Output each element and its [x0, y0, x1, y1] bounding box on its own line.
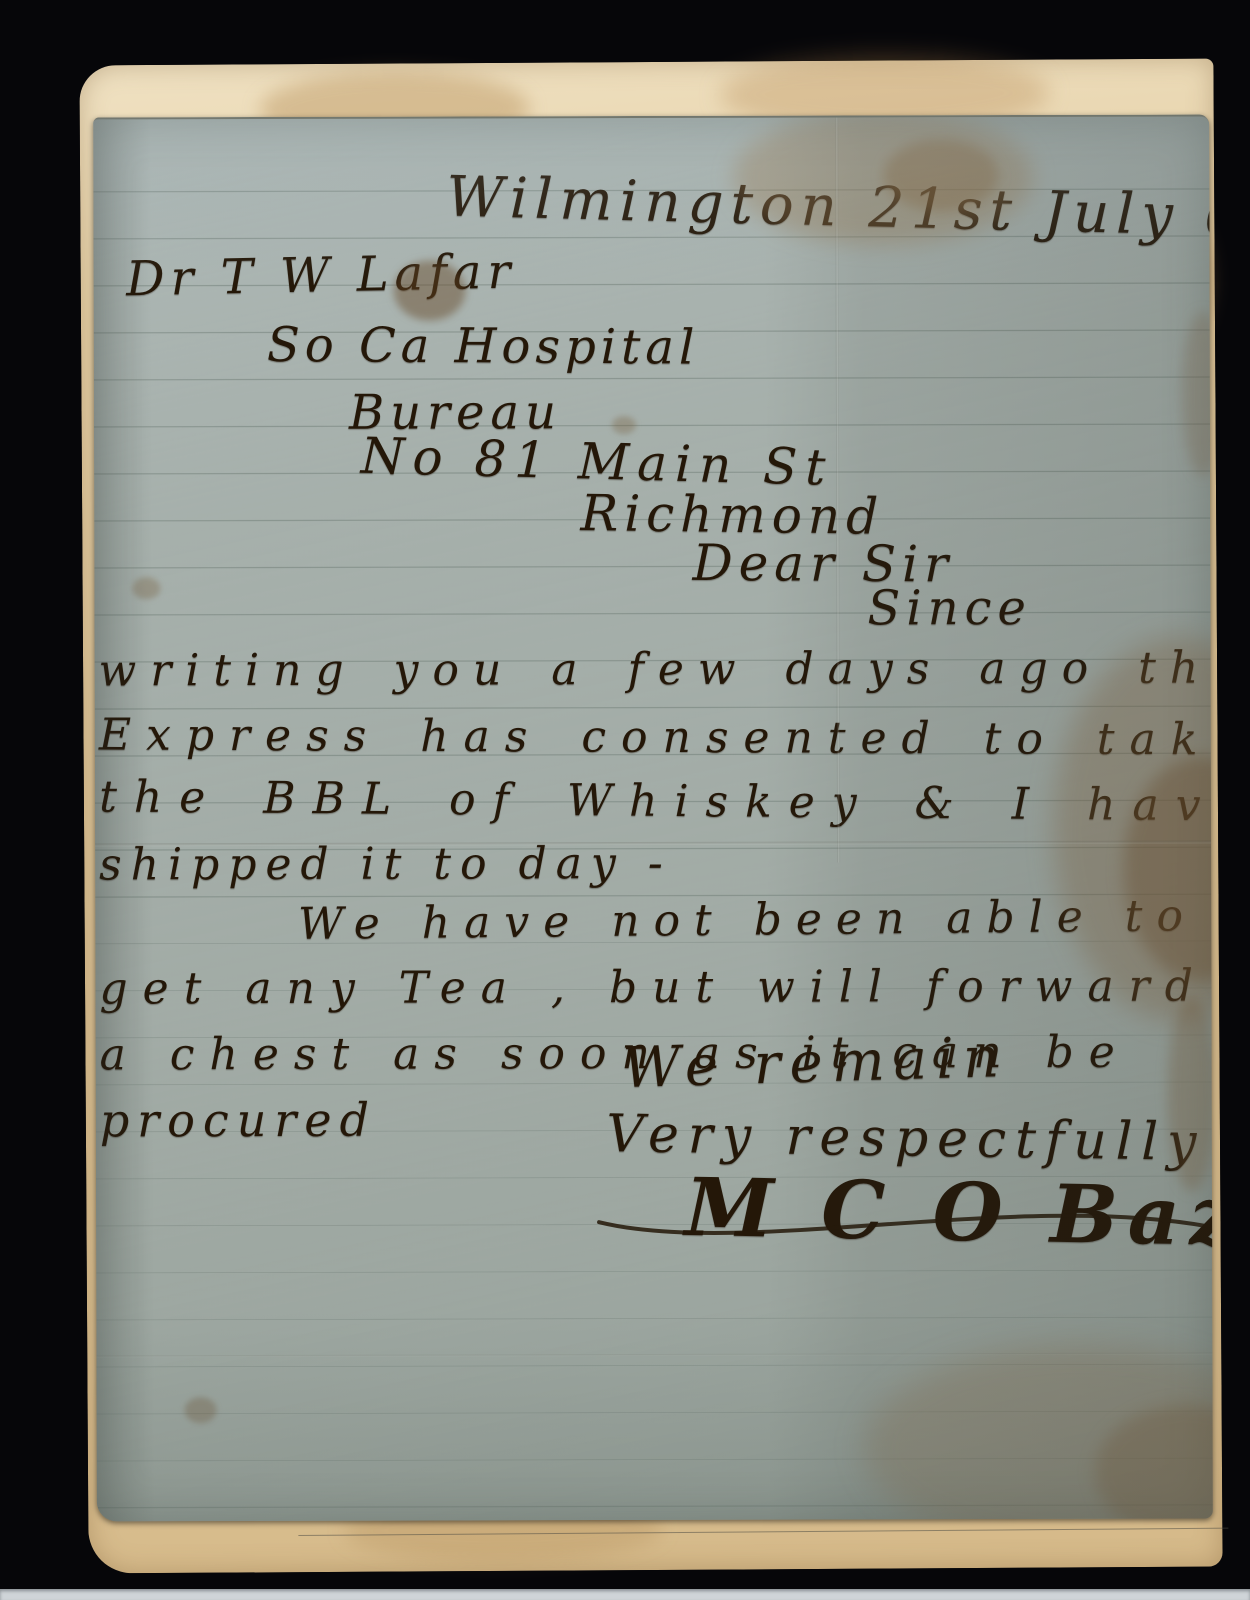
body-line: shipped it to day - — [99, 838, 672, 890]
letter-page: Wilmington 21st July 64 Dr T W Lafar So … — [93, 115, 1213, 1522]
body-line: get any Tea , but will forward — [99, 961, 1208, 1015]
recipient-name: Dr T W Lafar — [126, 244, 517, 308]
recipient-org: So Ca Hospital — [267, 317, 700, 376]
body-line: writing you a few days ago the — [99, 642, 1213, 696]
dateline: Wilmington 21st July 64 — [445, 165, 1212, 251]
closing-line: We remain — [622, 1025, 1009, 1101]
opening-word: Since — [867, 580, 1032, 636]
pencil-line — [298, 1528, 1228, 1536]
fold-crease-horizontal — [96, 1353, 1212, 1358]
scanned-letter: Wilmington 21st July 64 Dr T W Lafar So … — [0, 0, 1250, 1600]
stain — [612, 416, 636, 434]
body-line: procured — [100, 1093, 377, 1148]
stain — [185, 1397, 217, 1423]
body-line: Express has consented to take — [99, 709, 1213, 765]
stain — [864, 1344, 1212, 1521]
backing-sheet: Wilmington 21st July 64 Dr T W Lafar So … — [79, 59, 1222, 1574]
body-line: We have not been able to — [298, 890, 1197, 950]
scanner-edge — [0, 1589, 1250, 1600]
signature-flourish — [594, 1187, 1213, 1261]
stain — [1095, 1404, 1213, 1521]
stain — [132, 577, 160, 599]
stain — [1182, 311, 1213, 476]
body-line: the BBL of Whiskey & I have — [99, 771, 1213, 831]
